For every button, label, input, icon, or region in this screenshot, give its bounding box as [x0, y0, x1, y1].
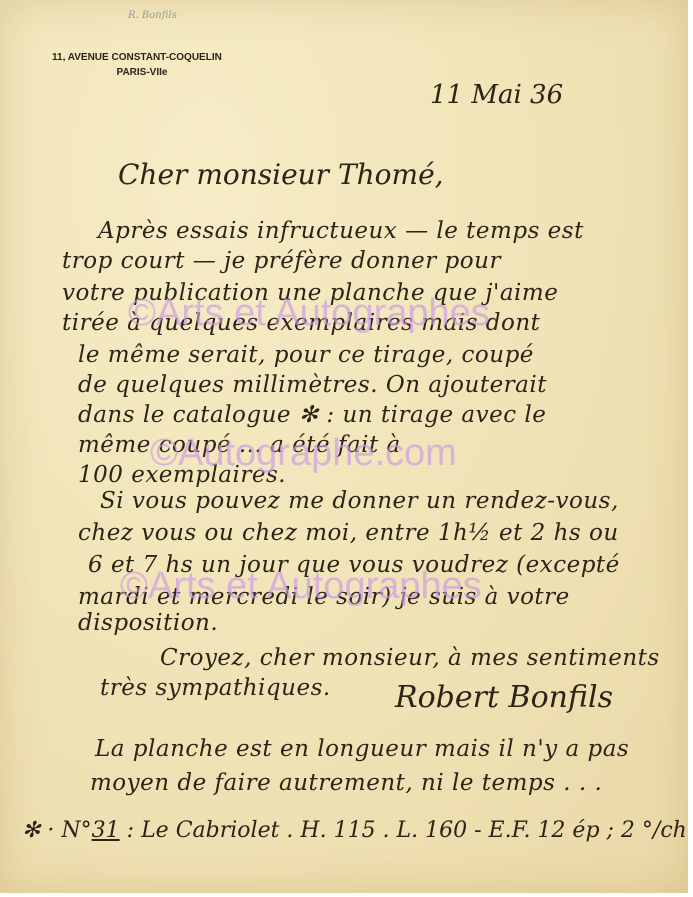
- postscript-line: moyen de faire autrement, ni le temps . …: [90, 770, 602, 796]
- letter-paper: R. Bonfils 11, AVENUE CONSTANT-COQUELIN …: [0, 0, 688, 893]
- closing-line: très sympathiques.: [100, 675, 331, 701]
- page-edge: [688, 0, 693, 897]
- signature: Robert Bonfils: [395, 680, 613, 715]
- body-line: dans le catalogue ✻ : un tirage avec le: [78, 402, 546, 428]
- body-line: 6 et 7 hs un jour que vous voudrez (exce…: [88, 552, 620, 578]
- body-line: Après essais infructueux — le temps est: [98, 218, 584, 244]
- body-line: tirée à quelques exemplaires mais dont: [62, 310, 540, 336]
- closing-line: Croyez, cher monsieur, à mes sentiments: [160, 645, 660, 671]
- asterism-marker: ✻ ·: [22, 818, 54, 843]
- body-line: le même serait, pour ce tirage, coupé: [78, 342, 534, 368]
- letterhead-address: 11, AVENUE CONSTANT-COQUELIN: [52, 50, 232, 65]
- salutation: Cher monsieur Thomé,: [118, 158, 444, 191]
- body-line: chez vous ou chez moi, entre 1h½ et 2 hs…: [78, 520, 619, 546]
- footnote-number-label: N°: [61, 818, 91, 843]
- postscript-line: La planche est en longueur mais il n'y a…: [95, 736, 629, 762]
- letterhead: 11, AVENUE CONSTANT-COQUELIN PARIS-VIIe: [52, 50, 232, 80]
- footnote-text: : Le Cabriolet . H. 115 . L. 160 - E.F. …: [127, 818, 693, 843]
- pencil-annotation: R. Bonfils: [128, 10, 177, 21]
- letter-date: 11 Mai 36: [430, 80, 563, 110]
- letterhead-city: PARIS-VIIe: [52, 65, 232, 80]
- body-line: de quelques millimètres. On ajouterait: [78, 372, 547, 398]
- body-line: Si vous pouvez me donner un rendez-vous,: [100, 488, 619, 514]
- body-line: trop court — je préfère donner pour: [62, 248, 501, 274]
- page-edge: [0, 893, 693, 897]
- footnote: ✻ · N°31 : Le Cabriolet . H. 115 . L. 16…: [22, 818, 693, 843]
- body-line: disposition.: [78, 610, 218, 636]
- body-line: même coupé ... a été fait à: [78, 432, 401, 458]
- footnote-number: 31: [92, 818, 120, 843]
- body-line: votre publication une planche que j'aime: [62, 280, 558, 306]
- body-line: mardi et mercredi le soir) je suis à vot…: [78, 584, 570, 610]
- body-line: 100 exemplaires.: [78, 462, 286, 488]
